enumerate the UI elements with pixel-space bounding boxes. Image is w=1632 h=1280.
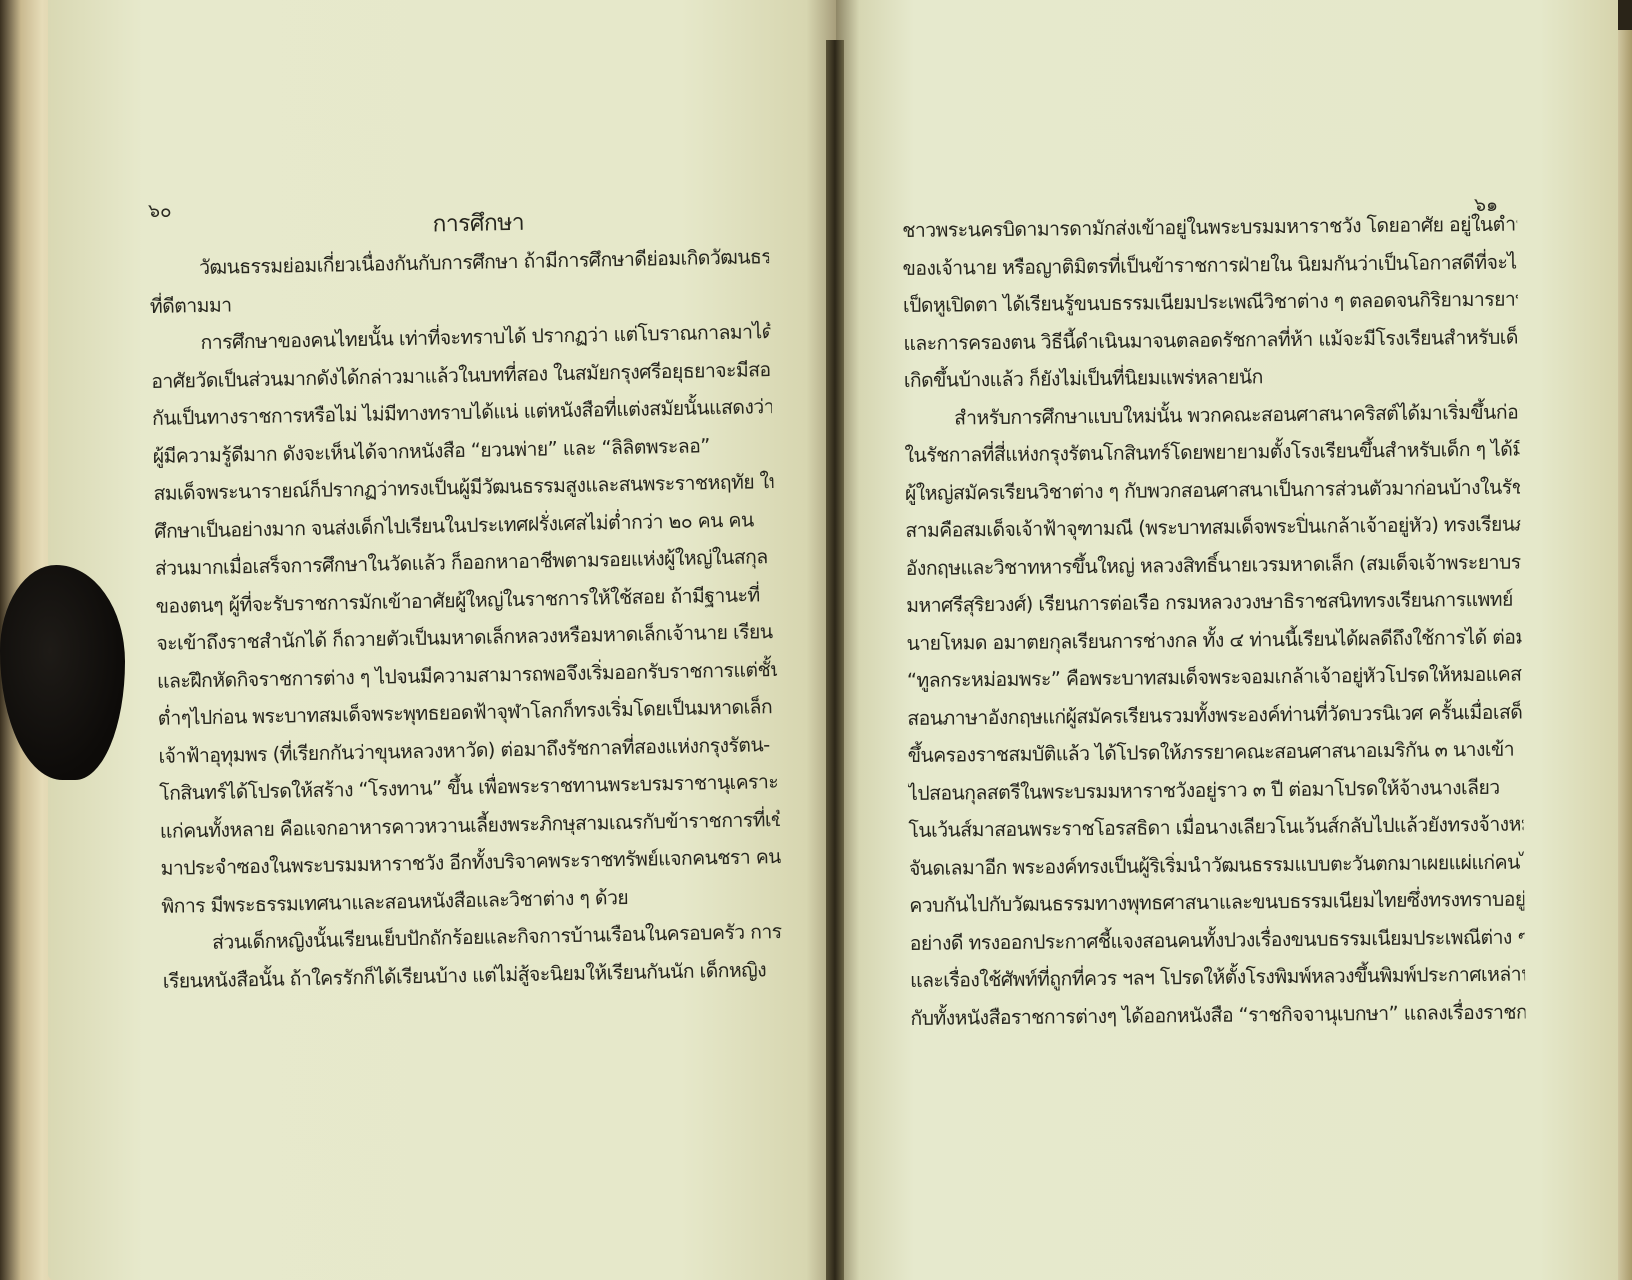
open-book-spread: ๖๐ ๖๑ การศึกษา วัฒนธรรมย่อมเกี่ยวเนื่องก… <box>0 0 1632 1280</box>
text-line: เกิดขึ้นบ้างแล้ว ก็ยังไม่เป็นที่นิยมแพร่… <box>904 356 1519 400</box>
text-line: ผู้ใหญ่สมัครเรียนวิชาต่าง ๆ กับพวกสอนศาส… <box>905 468 1520 512</box>
text-line: อย่างดี ทรงออกประกาศชี้แจงสอนคนทั้งปวงเร… <box>909 918 1524 962</box>
text-line: มหาศรีสุริยวงศ์) เรียนการต่อเรือ กรมหลวง… <box>906 581 1521 625</box>
right-page-text: ชาวพระนครบิดามารดามักส่งเข้าอยู่ในพระบรม… <box>902 206 1526 1037</box>
text-line: กับทั้งหนังสือราชการต่างๆ ได้ออกหนังสือ … <box>910 993 1525 1037</box>
text-line: โนเว้นส์มาสอนพระราชโอรสธิดา เมื่อนางเลีย… <box>908 806 1523 850</box>
text-line: อังกฤษและวิชาทหารขึ้นใหญ่ หลวงสิทธิ์นายเ… <box>906 543 1521 587</box>
text-line: ขึ้นครองราชสมบัติแล้ว ได้โปรดให้ภรรยาคณะ… <box>907 731 1522 775</box>
text-line: และเรื่องใช้ศัพท์ที่ถูกที่ควร ฯลฯ โปรดให… <box>910 956 1525 1000</box>
text-line: สอนภาษาอังกฤษแก่ผู้สมัครเรียนรวมทั้งพระอ… <box>907 693 1522 737</box>
text-line: นายโหมด อมาตยกุลเรียนการช่างกล ทั้ง ๔ ท่… <box>906 618 1521 662</box>
text-line: สำหรับการศึกษาแบบใหม่นั้น พวกคณะสอนศาสนา… <box>904 393 1519 437</box>
text-line: สามคือสมเด็จเจ้าฟ้าจุฑามณี (พระบาทสมเด็จ… <box>905 506 1520 550</box>
text-line: ในรัชกาลที่สี่แห่งกรุงรัตนโกสินทร์โดยพยา… <box>904 431 1519 475</box>
text-line: ของเจ้านาย หรือญาติมิตรที่เป็นข้าราชการฝ… <box>902 243 1517 287</box>
left-page-text: การศึกษา วัฒนธรรมย่อมเกี่ยวเนื่องกันกับก… <box>148 198 783 1000</box>
text-line: ควบกันไปกับวัฒนธรรมทางพุทธศาสนาและขนบธรร… <box>909 881 1524 925</box>
book-page-edges-right <box>1618 30 1632 1280</box>
text-line: ชาวพระนครบิดามารดามักส่งเข้าอยู่ในพระบรม… <box>902 206 1517 250</box>
text-line: เป็ดหูเปิดตา ได้เรียนรู้ขนบธรรมเนียมประเ… <box>903 281 1518 325</box>
text-line: ไปสอนกุลสตรีในพระบรมมหาราชวังอยู่ราว ๓ ป… <box>908 768 1523 812</box>
book-gutter <box>826 40 844 1280</box>
text-line: จันดเลมาอีก พระองค์ทรงเป็นผู้ริเริ่มนำวั… <box>909 843 1524 887</box>
text-line: และการครองตน วิธีนี้ดำเนินมาจนตลอดรัชกาล… <box>903 318 1518 362</box>
text-line: “ทูลกระหม่อมพระ” คือพระบาทสมเด็จพระจอมเก… <box>907 656 1522 700</box>
